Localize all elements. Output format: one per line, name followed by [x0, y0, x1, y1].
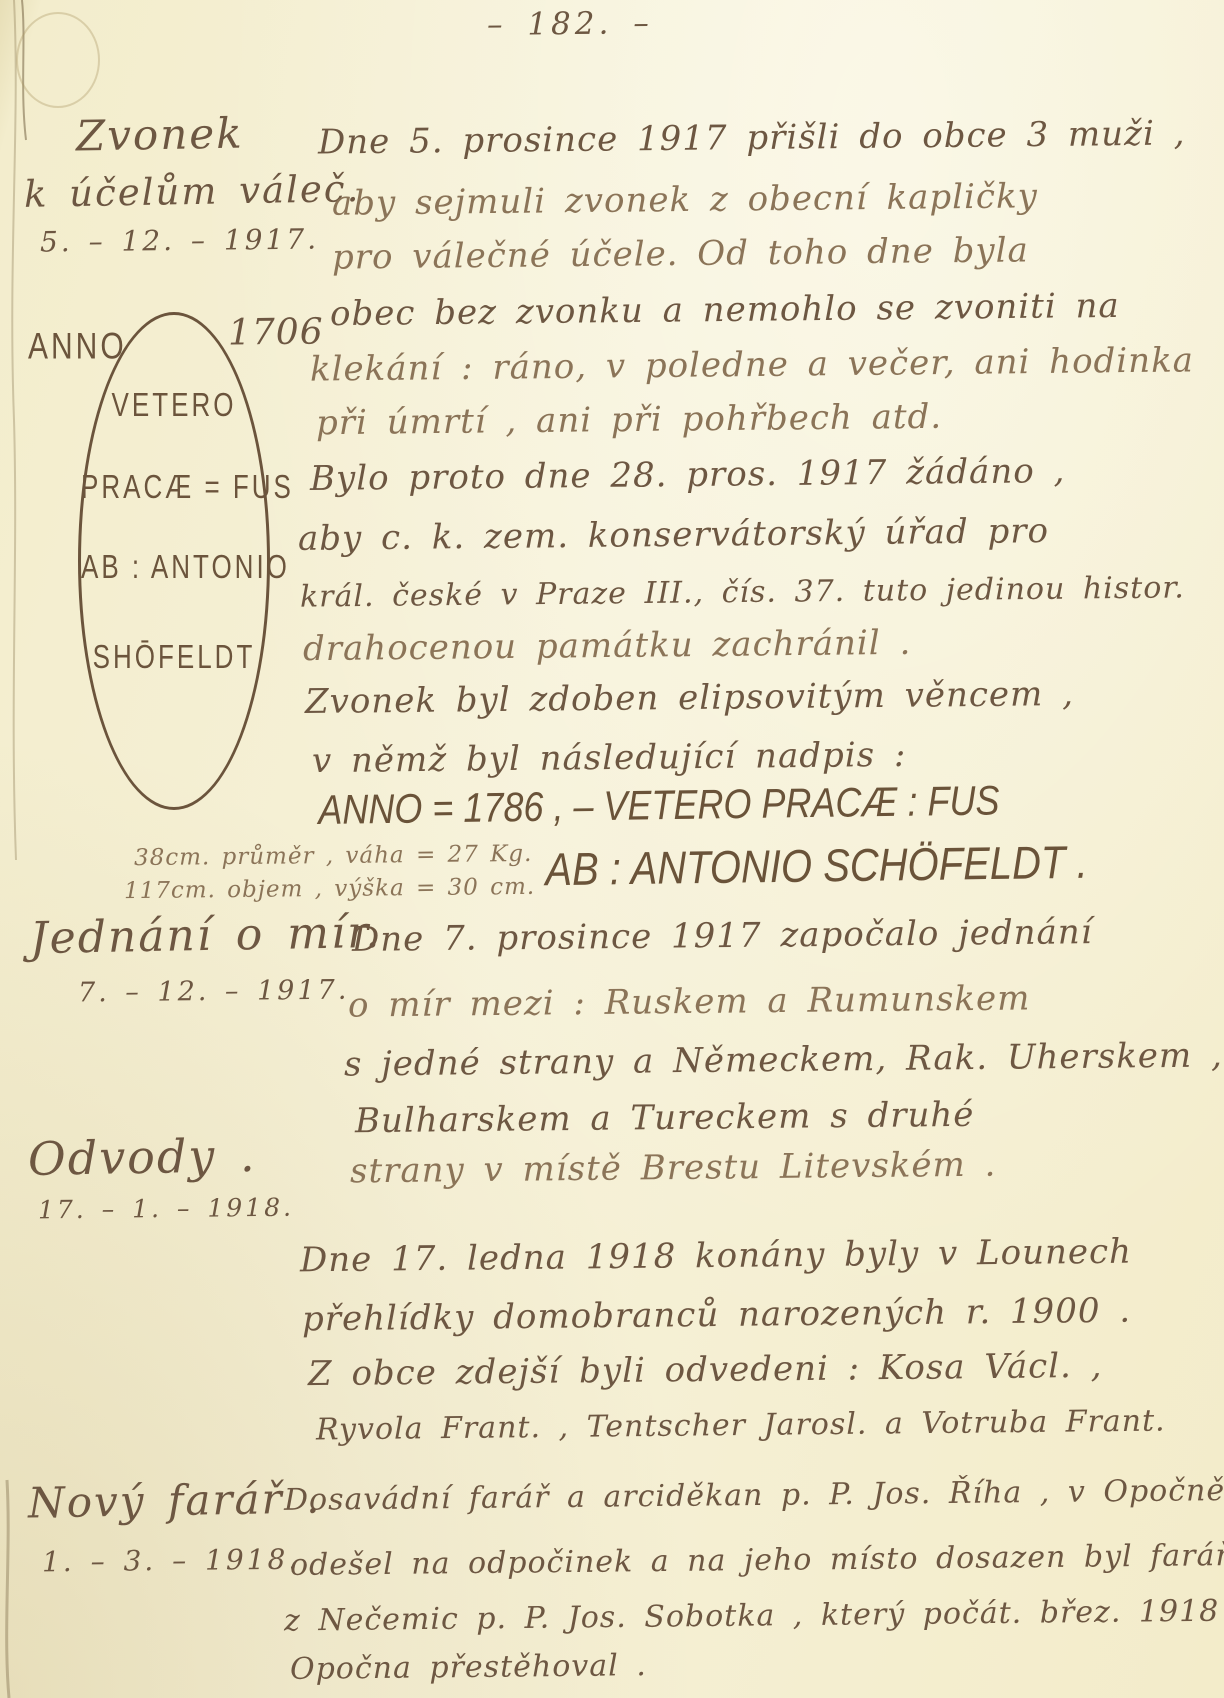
body-line: z Nečemic p. P. Jos. Sobotka , který poč…: [284, 1593, 1224, 1639]
margin-date-farar: 1. – 3. – 1918.: [42, 1543, 301, 1579]
chronicle-page: – 182. – Zvonek k účelům váleč. 5. – 12.…: [0, 0, 1224, 1698]
margin-date-mir: 7. – 12. – 1917.: [78, 975, 350, 1009]
body-line: v němž byl následující nadpis :: [312, 735, 907, 781]
seal-line-ab-antonio: AB : ANTONIO: [81, 547, 267, 587]
body-line: Bulharskem a Tureckem s druhé: [355, 1095, 975, 1141]
margin-heading-farar: Nový farář .: [28, 1473, 322, 1527]
seal-caption-line1: 38cm. průměr , váha = 27 Kg.: [134, 841, 533, 871]
body-line: o mír mezi : Ruskem a Rumunskem: [348, 978, 1031, 1025]
body-line: Opočna přestěhoval .: [290, 1648, 647, 1687]
body-line: Dne 7. prosince 1917 započalo jednání: [352, 912, 1093, 960]
seal-caption-line2: 117cm. objem , výška = 30 cm.: [124, 874, 535, 904]
body-line: Bylo proto dne 28. pros. 1917 žádáno ,: [310, 451, 1066, 499]
margin-date-odvody: 17. – 1. – 1918.: [38, 1193, 294, 1225]
margin-heading-zvonek: Zvonek: [76, 109, 244, 161]
body-line: Dne 5. prosince 1917 přišli do obce 3 mu…: [318, 113, 1186, 162]
bell-inscription-line1: ANNO = 1786 , – VETERO PRACÆ : FUS: [318, 776, 1000, 834]
margin-heading-mir: Jednání o mír.: [30, 907, 382, 964]
body-line: odešel na odpočinek a na jeho místo dosa…: [290, 1538, 1224, 1583]
seal-year: 1706: [228, 312, 324, 354]
bell-inscription-line2: AB : ANTONIO SCHÖFELDT .: [545, 837, 1088, 896]
body-line: pro válečné účele. Od toho dne byla: [332, 230, 1029, 277]
body-line: obec bez zvonku a nemohlo se zvoniti na: [330, 286, 1120, 334]
body-line: přehlídky domobranců narozených r. 1900 …: [302, 1291, 1131, 1340]
body-line: Dne 17. ledna 1918 konány byly v Lounech: [300, 1232, 1132, 1281]
margin-heading-odvody: Odvody .: [28, 1128, 257, 1186]
seal-anno-label: ANNO: [28, 326, 127, 369]
bell-seal-oval: VETERO PRACÆ = FUS AB : ANTONIO SHŌFELDT: [78, 312, 270, 810]
body-line: při úmrtí , ani při pohřbech atd.: [316, 397, 943, 444]
body-line: klekání : ráno, v poledne a večer, ani h…: [310, 340, 1194, 389]
margin-date-zvonek: 5. – 12. – 1917.: [40, 223, 319, 259]
body-line: Z obce zdejší byli odvedeni : Kosa Václ.…: [308, 1346, 1103, 1394]
body-line: Zvonek byl zdoben elipsovitým věncem ,: [305, 674, 1074, 722]
body-line: král. české v Praze III., čís. 37. tuto …: [300, 570, 1185, 614]
paper-watermark-circle: [16, 12, 100, 108]
body-line: drahocenou památku zachránil .: [303, 623, 912, 669]
page-edge-marks: [0, 0, 40, 1698]
page-number: – 182. –: [487, 5, 653, 43]
body-line: Ryvola Frant. , Tentscher Jarosl. a Votr…: [316, 1404, 1166, 1448]
seal-line-pracae-fus: PRACÆ = FUS: [81, 467, 267, 507]
body-line: strany v místě Brestu Litevském .: [350, 1145, 997, 1192]
body-line: s jedné strany a Německem, Rak. Uherskem…: [344, 1035, 1223, 1084]
body-line: Dosavádní farář a arciděkan p. P. Jos. Ř…: [284, 1473, 1224, 1518]
body-line: aby sejmuli zvonek z obecní kapličky: [332, 176, 1038, 223]
seal-line-shofeldt: SHŌFELDT: [81, 637, 267, 677]
seal-line-vetero: VETERO: [81, 385, 267, 425]
body-line: aby c. k. zem. konservátorský úřad pro: [298, 511, 1049, 559]
margin-heading-zvonek-line2: k účelům váleč.: [24, 167, 361, 216]
